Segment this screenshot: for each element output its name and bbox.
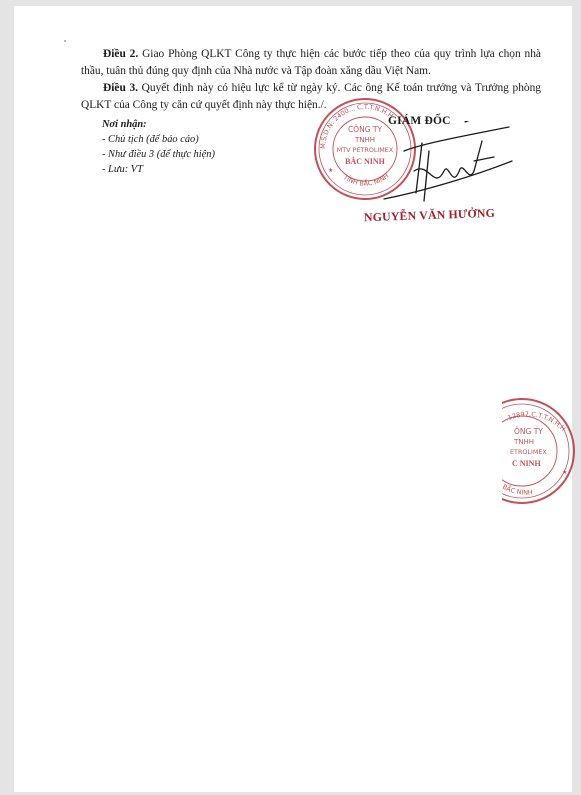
recipient-item: - Lưu: VT: [102, 162, 215, 177]
stamp-line: TNHH: [354, 136, 375, 144]
article-2-text: Giao Phòng QLKT Công ty thực hiện các bư…: [81, 48, 541, 77]
edge-stamp-bottom-text: BẮC NINH: [502, 483, 533, 497]
document-page: Điều 2. Giao Phòng QLKT Công ty thực hiệ…: [14, 6, 572, 792]
recipients-title: Nơi nhận:: [102, 117, 215, 132]
svg-text:★: ★: [328, 167, 333, 174]
edge-stamp-line: TNHH: [513, 438, 534, 446]
article-2: Điều 2. Giao Phòng QLKT Công ty thực hiệ…: [81, 46, 541, 80]
edge-stamp-line: ÔNG TY: [514, 427, 543, 436]
edge-stamp-line: ETROLIMEX: [510, 448, 547, 456]
recipients-block: Nơi nhận: - Chủ tịch (để báo cáo) - Như …: [102, 117, 215, 177]
article-3-label: Điều 3.: [103, 82, 138, 94]
recipient-item: - Như điều 3 (để thực hiện): [102, 147, 215, 162]
article-2-label: Điều 2.: [103, 48, 138, 60]
recipient-item: - Chủ tịch (để báo cáo): [102, 132, 215, 147]
edge-stamp: .12897.C.T.T.N.H.H BẮC NINH ÔNG TY TNHH …: [502, 396, 581, 506]
edge-stamp-line: C NINH: [512, 459, 541, 468]
svg-text:★: ★: [562, 469, 567, 476]
scan-speck: [64, 40, 66, 42]
svg-text:BẮC NINH: BẮC NINH: [502, 483, 533, 497]
signer-name: NGUYỄN VĂN HƯỞNG: [364, 206, 495, 226]
signature: [374, 121, 514, 206]
